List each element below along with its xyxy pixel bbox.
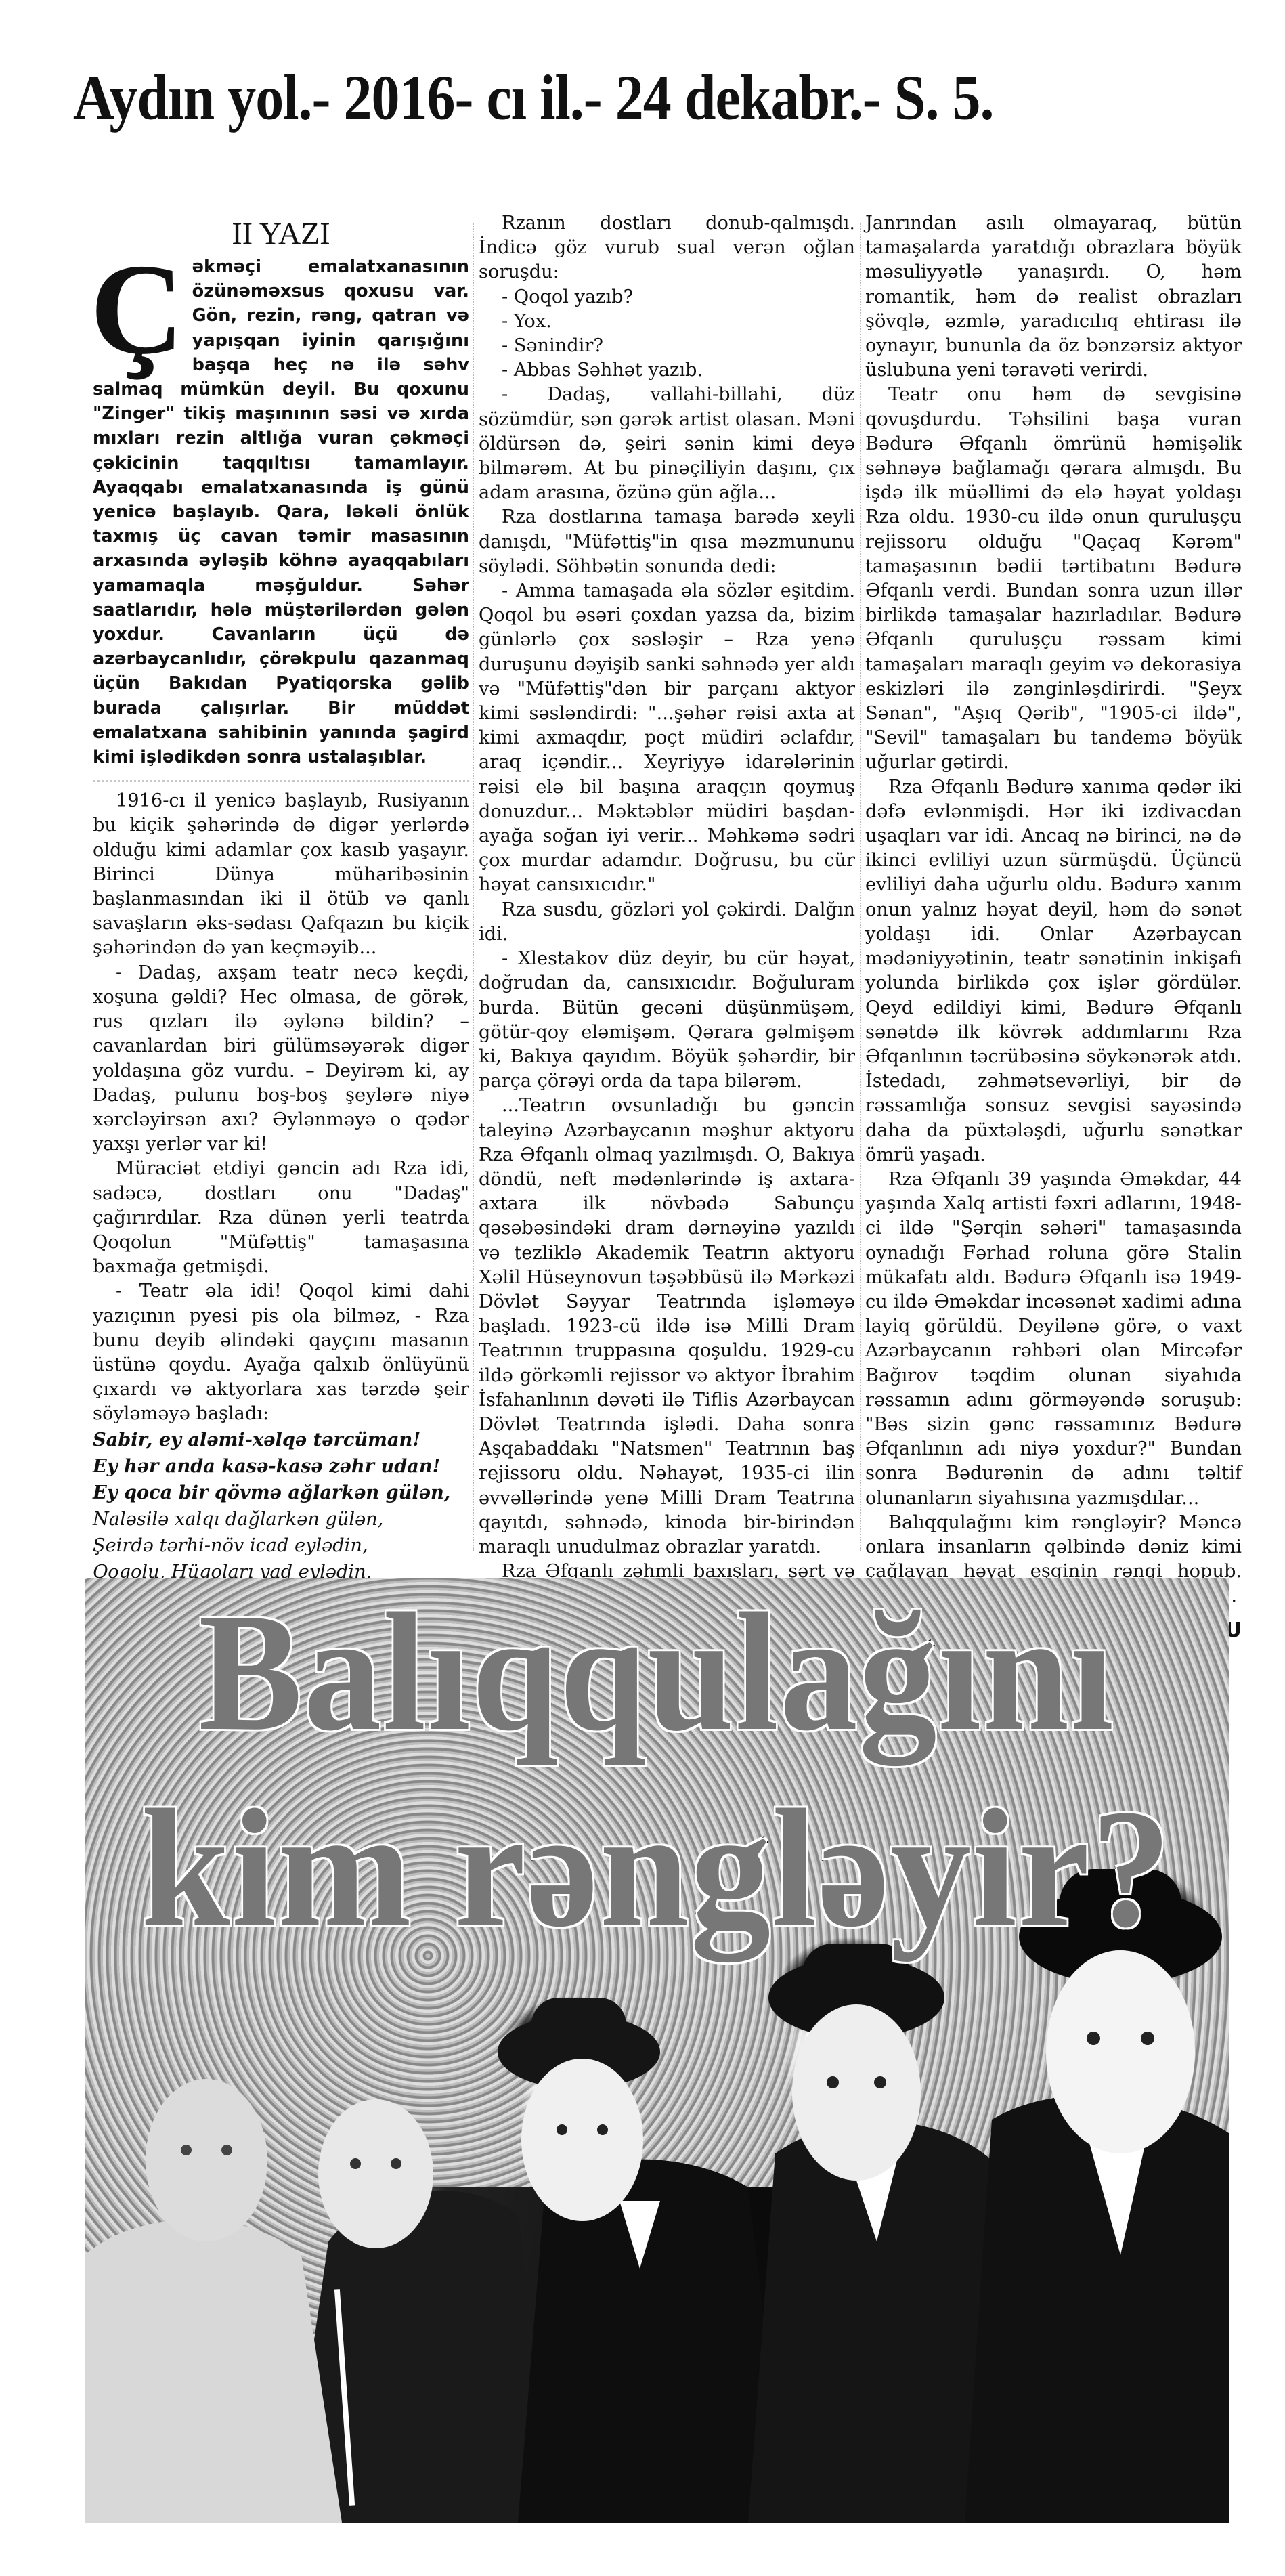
masthead-title: Aydın yol.- 2016- cı il.- 24 dekabr.- S.… (73, 66, 1285, 130)
paragraph: - Dadaş, vallahi-billahi, düz sözümdür, … (479, 383, 855, 505)
paragraph: Müraciət etdiyi gəncin adı Rza idi, sadə… (93, 1157, 469, 1279)
paragraph: Rzanın dostları donub-qalmışdı. İndicə g… (479, 211, 855, 285)
poem-line: Ey hər anda kasə-kasə zəhr udan! (93, 1453, 469, 1480)
paragraph: - Dadaş, axşam teatr necə keçdi, xoşuna … (93, 961, 469, 1157)
photo-headline-line-1: Balıqqulağını (131, 1585, 1183, 1761)
paragraph: Teatr onu həm də sevgisinə qovuşdurdu. T… (865, 383, 1242, 775)
column-divider (473, 223, 474, 1551)
paragraph: 1916-cı il yenicə başlayıb, Rusiyanın bu… (93, 789, 469, 960)
paragraph: - Xlestakov düz deyir, bu cür həyat, doğ… (479, 947, 855, 1094)
poem-line: Naləsilə xalqı dağlarkən gülən, (93, 1506, 469, 1532)
paragraph: Rza Əfqanlı Bədurə xanıma qədər iki dəfə… (865, 775, 1242, 1167)
poem-line: Sabir, ey aləmi-xəlqə tərcüman! (93, 1427, 469, 1453)
poem-line: Ey qoca bir qövmə ağlarkən gülən, (93, 1480, 469, 1506)
lead-separator (93, 780, 469, 782)
article-lead: Ç əkməçi emalatxanasının özünəməxsus qox… (93, 255, 469, 769)
paragraph: Rza susdu, gözləri yol çəkirdi. Dalğın i… (479, 898, 855, 947)
dialogue-line: - Abbas Səhhət yazıb. (479, 358, 855, 383)
paragraph: ...Teatrın ovsunladığı bu gəncin taleyin… (479, 1094, 855, 1560)
paragraph: - Teatr əla idi! Qoqol kimi dahi yazıçın… (93, 1279, 469, 1426)
dialogue-line: - Yox. (479, 309, 855, 334)
masthead: Aydın yol.- 2016- cı il.- 24 dekabr.- S.… (0, 66, 1285, 123)
article-photo: Balıqqulağını kim rəngləyir? (85, 1578, 1229, 2523)
poem-line: Şeirdə tərhi-növ icad eylədin, (93, 1532, 469, 1559)
dialogue-line: - Sənindir? (479, 334, 855, 358)
article-column-2: Rzanın dostları donub-qalmışdı. İndicə g… (479, 211, 855, 1658)
paragraph: Rza dostlarına tamaşa barədə xeyli danış… (479, 505, 855, 579)
photo-headline-line-2: kim rəngləyir? (113, 1781, 1200, 1957)
article-column-3: Janrından asılı olmayaraq, bütün tamaşal… (865, 211, 1242, 1643)
paragraph: Rza Əfqanlı 39 yaşında Əməkdar, 44 yaşın… (865, 1167, 1242, 1511)
dialogue-line: - Qoqol yazıb? (479, 285, 855, 309)
paragraph: Janrından asılı olmayaraq, bütün tamaşal… (865, 211, 1242, 383)
column-divider (860, 223, 861, 1551)
article-column-1: II YAZI Ç əkməçi emalatxanasının özünəmə… (93, 211, 469, 1585)
paragraph: - Amma tamaşada əla sözlər eşitdim. Qoqo… (479, 579, 855, 898)
drop-cap: Ç (90, 259, 184, 375)
